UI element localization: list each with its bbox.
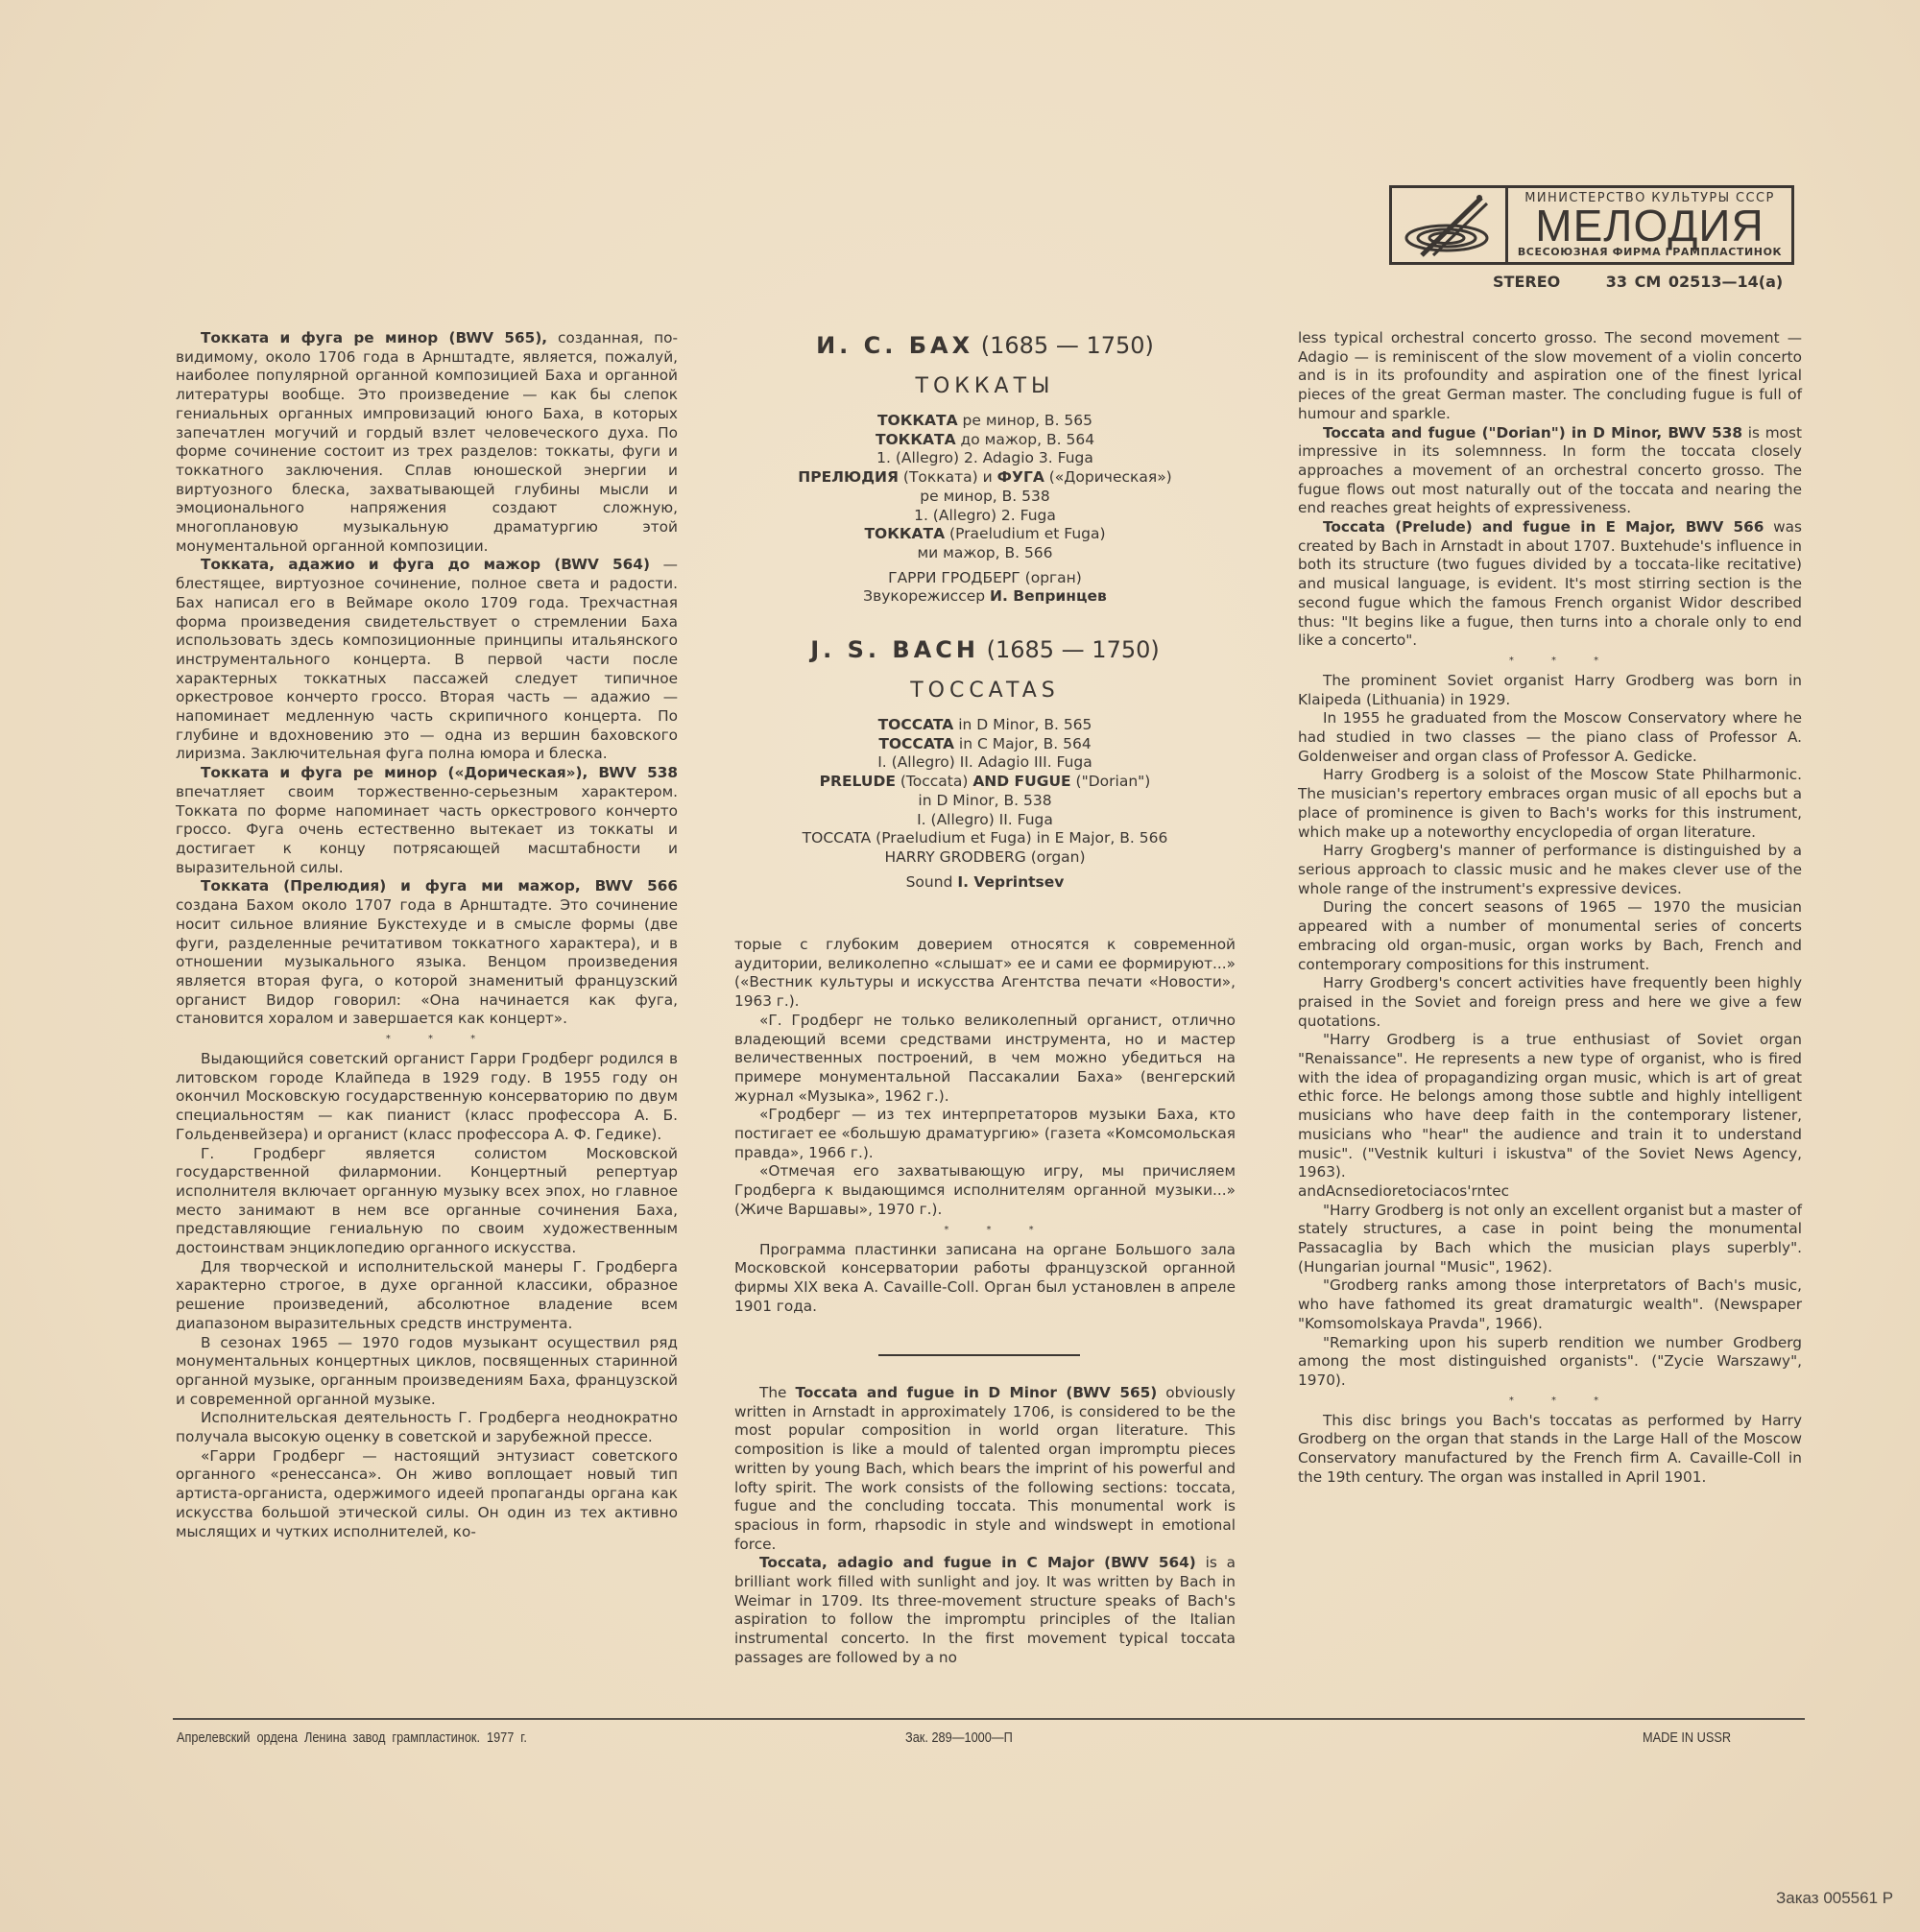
- track-line: 1. (Allegro) 2. Adagio 3. Fuga: [734, 449, 1236, 468]
- sound-credit: Звукорежиссер И. Вепринцев: [734, 587, 1236, 607]
- paragraph: In 1955 he graduated from the Moscow Con…: [1298, 709, 1802, 766]
- paragraph: less typical orchestral concerto grosso.…: [1298, 329, 1802, 424]
- track-line: ТОККАТА до мажор, В. 564: [734, 431, 1236, 450]
- paragraph: Исполнительская деятельность Г. Гродберг…: [176, 1409, 678, 1446]
- paragraph: Harry Grodberg's concert activities have…: [1298, 974, 1802, 1031]
- sound-credit: Sound I. Veprintsev: [734, 873, 1236, 893]
- paragraph: The Toccata and fugue in D Minor (BWV 56…: [734, 1384, 1236, 1554]
- paragraph: Токката и фуга ре минор («Дорическая»), …: [176, 764, 678, 877]
- paragraph: Для творческой и исполнительской манеры …: [176, 1258, 678, 1334]
- composer-heading: J. S. BACH (1685 — 1750): [734, 635, 1236, 664]
- paragraph: "Grodberg ranks among those interpretato…: [1298, 1276, 1802, 1333]
- paragraph: В сезонах 1965 — 1970 годов музыкант осу…: [176, 1334, 678, 1410]
- paragraph: "Remarking upon his superb rendition we …: [1298, 1334, 1802, 1391]
- section-divider: * * *: [1298, 1391, 1802, 1412]
- made-in-label: MADE IN USSR: [1643, 1729, 1731, 1746]
- tracklist-russian: И. С. БАХ (1685 — 1750) ТОККАТЫ ТОККАТА …: [734, 331, 1236, 607]
- track-line: TOCCATA (Praeludium et Fuga) in E Major,…: [734, 829, 1236, 848]
- performer-credit: HARRY GRODBERG (organ): [734, 848, 1236, 868]
- notes-english-column: less typical orchestral concerto grosso.…: [1298, 329, 1802, 1487]
- paragraph: Toccata (Prelude) and fugue in E Major, …: [1298, 518, 1802, 651]
- paragraph: Токката, адажио и фуга до мажор (BWV 564…: [176, 556, 678, 764]
- paragraph: Программа пластинки записана на органе Б…: [734, 1241, 1236, 1317]
- track-line: TOCCATA in D Minor, B. 565: [734, 716, 1236, 735]
- composer-heading: И. С. БАХ (1685 — 1750): [734, 331, 1236, 360]
- paragraph: Toccata, adagio and fugue in C Major (BW…: [734, 1554, 1236, 1667]
- section-divider: * * *: [1298, 651, 1802, 672]
- track-line: in D Minor, B. 538: [734, 792, 1236, 811]
- catalog-number: 33 CM 02513—14(a): [1606, 273, 1783, 291]
- paragraph: торые с глубоким доверием относятся к со…: [734, 936, 1236, 1012]
- order-number: Зак. 289—1000—П: [905, 1729, 1013, 1746]
- paragraph: "Harry Grodberg is not only an excellent…: [1298, 1202, 1802, 1277]
- footer-rule: [173, 1718, 1805, 1720]
- track-line: I. (Allegro) II. Fuga: [734, 811, 1236, 830]
- album-title: TOCCATAS: [734, 678, 1236, 704]
- track-line: TOCCATA in C Major, B. 564: [734, 735, 1236, 754]
- track-line: I. (Allegro) II. Adagio III. Fuga: [734, 753, 1236, 773]
- firm-text: ВСЕСОЮЗНАЯ ФИРМА ГРАМПЛАСТИНОК: [1518, 246, 1782, 258]
- paragraph: During the concert seasons of 1965 — 197…: [1298, 898, 1802, 974]
- catalog-line: STEREO 33 CM 02513—14(a): [1493, 273, 1783, 291]
- brand-name: МЕЛОДИЯ: [1535, 205, 1764, 246]
- paragraph: «Отмечая его захватывающую игру, мы прич…: [734, 1162, 1236, 1219]
- track-line: PRELUDE (Toccata) AND FUGUE ("Dorian"): [734, 773, 1236, 792]
- paragraph: «Гарри Гродберг — настоящий энтузиаст со…: [176, 1447, 678, 1542]
- melodiya-record-emblem-icon: [1392, 188, 1508, 262]
- misprint-line: andAcnsedioretociacos'rntec: [1298, 1182, 1802, 1202]
- section-divider: * * *: [176, 1029, 678, 1050]
- order-stamp: Заказ 005561 Р: [1776, 1889, 1893, 1908]
- stereo-label: STEREO: [1493, 273, 1560, 291]
- track-line: ТОККАТА ре минор, В. 565: [734, 412, 1236, 431]
- paragraph: «Гродберг — из тех интерпретаторов музык…: [734, 1106, 1236, 1162]
- paragraph: The prominent Soviet organist Harry Grod…: [1298, 672, 1802, 709]
- paragraph: Г. Гродберг является солистом Московской…: [176, 1145, 678, 1258]
- track-line: 1. (Allegro) 2. Fuga: [734, 507, 1236, 526]
- paragraph: «Г. Гродберг не только великолепный орга…: [734, 1012, 1236, 1107]
- manufacturer-line: Апрелевский ордена Ленина завод грамплас…: [177, 1729, 527, 1746]
- notes-english-start: The Toccata and fugue in D Minor (BWV 56…: [734, 1384, 1236, 1668]
- tracklist-english: J. S. BACH (1685 — 1750) TOCCATAS TOCCAT…: [734, 635, 1236, 892]
- paragraph: Токката (Прелюдия) и фуга ми мажор, BWV …: [176, 877, 678, 1029]
- track-line: ми мажор, В. 566: [734, 544, 1236, 563]
- language-separator: [878, 1354, 1080, 1356]
- paragraph: Toccata and fugue ("Dorian") in D Minor,…: [1298, 424, 1802, 519]
- paragraph: Harry Grodberg is a soloist of the Mosco…: [1298, 766, 1802, 842]
- track-line: ре минор, В. 538: [734, 488, 1236, 507]
- track-line: ПРЕЛЮДИЯ (Токката) и ФУГА («Дорическая»): [734, 468, 1236, 488]
- paragraph: Harry Grogberg's manner of performance i…: [1298, 842, 1802, 898]
- paragraph: Токката и фуга ре минор (BWV 565), созда…: [176, 329, 678, 556]
- section-divider: * * *: [734, 1220, 1236, 1241]
- paragraph: "Harry Grodberg is a true enthusiast of …: [1298, 1031, 1802, 1182]
- notes-russian-column: Токката и фуга ре минор (BWV 565), созда…: [176, 329, 678, 1541]
- notes-middle-column: торые с глубоким доверием относятся к со…: [734, 936, 1236, 1316]
- paragraph: This disc brings you Bach's toccatas as …: [1298, 1412, 1802, 1488]
- melodiya-logo: МИНИСТЕРСТВО КУЛЬТУРЫ СССР МЕЛОДИЯ ВСЕСО…: [1389, 185, 1794, 265]
- paragraph: Выдающийся советский органист Гарри Грод…: [176, 1050, 678, 1145]
- album-title: ТОККАТЫ: [734, 373, 1236, 400]
- performer-credit: ГАРРИ ГРОДБЕРГ (орган): [734, 569, 1236, 588]
- track-line: ТОККАТА (Praeludium et Fuga): [734, 525, 1236, 544]
